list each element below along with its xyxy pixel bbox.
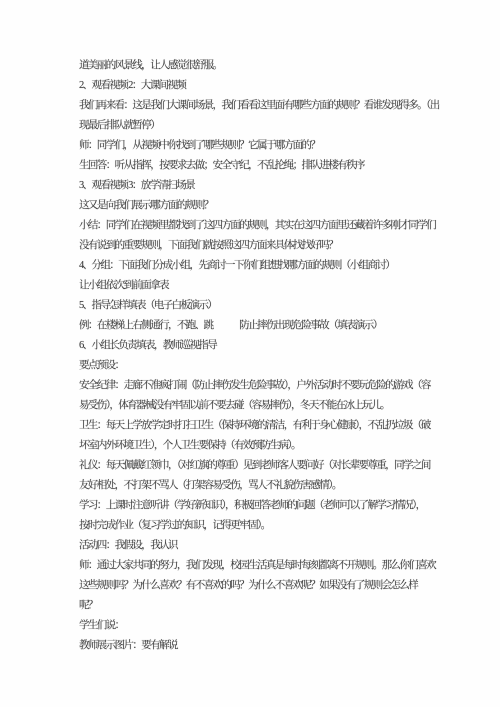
document-text-line-6: 生回答：听从指挥，按要求去做；安全守纪，不乱抡绳；排队进楼有秩序 bbox=[79, 156, 441, 176]
document-text-line-7: 3、观看视频 3：放学清扫场景 bbox=[79, 176, 441, 196]
document-text-line-29: 学生们说： bbox=[79, 616, 441, 636]
document-text-line-8: 这又是向我们展示哪方面的规则？ bbox=[79, 196, 441, 216]
document-text-line-17: 安全纪律：走廊不准疯打闹（防止摔伤发生危险事故），户外活动时不要玩危险的游戏（容 bbox=[79, 376, 441, 396]
document-text-line-10: 没有说到的重要规则，下面我们就按照这四方面来具体找找好吗？ bbox=[79, 236, 441, 256]
document-text-line-19: 卫生：每天上学放学定时打扫卫生（保持环境的清洁，有利于身心健康），不乱扔垃圾（破 bbox=[79, 416, 441, 436]
document-text-line-18: 易受伤），体育器械没有牢固以前不要去碰（容易摔伤），冬天不能在冰上玩儿。 bbox=[79, 396, 441, 416]
document-text-line-26: 师：通过大家共同的努力，我们发现，校园生活真是每时每刻都离不开规则。那么你们喜欢 bbox=[79, 556, 441, 576]
document-text-line-16: 要点预设： bbox=[79, 356, 441, 376]
document-text-line-20: 坏室内外环境卫生），个人卫生要保持（有效预防生病）。 bbox=[79, 436, 441, 456]
document-text-line-15: 6、小组长负责填表，教师巡视指导 bbox=[79, 336, 441, 356]
document-text-line-22: 友好相处，不打架不骂人（打架容易受伤，骂人不礼貌伤害感情）。 bbox=[79, 476, 441, 496]
document-text-line-9: 小结：同学们在视频里都找到了这四方面的规则，其实在这四方面里还藏着许多刚才同学们 bbox=[79, 216, 441, 236]
document-text-line-4: 现最后排队就暂停） bbox=[79, 116, 441, 136]
document-text-line-1: 道美丽的风景线，让人感觉很舒服。 bbox=[79, 56, 441, 76]
document-text-line-5: 师：同学们，从视频中你找到了哪些规则？它属于哪方面的？ bbox=[79, 136, 441, 156]
document-text-line-23: 学习：上课时注意听讲（学好新知识），积极回答老师的问题（老师可以了解学习情况）， bbox=[79, 496, 441, 516]
document-text-block: 道美丽的风景线，让人感觉很舒服。2、观看视频 2：大课间视频我们再来看：这是我们… bbox=[79, 56, 441, 656]
document-text-line-21: 礼仪：每天佩戴红领巾，（对红旗的尊重）见到老师客人要问好（对长辈要尊重，同学之间 bbox=[79, 456, 441, 476]
document-text-line-11: 4、分组：下面我们分成小组，先商讨一下你们组想找哪方面的规则（小组商讨） bbox=[79, 256, 441, 276]
document-text-line-2: 2、观看视频 2：大课间视频 bbox=[79, 76, 441, 96]
document-text-line-27: 这些规则吗？为什么喜欢？有不喜欢的吗？为什么不喜欢呢？如果没有了规则会怎么样 bbox=[79, 576, 441, 596]
document-text-line-13: 5、指导怎样填表（电子白板演示） bbox=[79, 296, 441, 316]
document-page: 道美丽的风景线，让人感觉很舒服。2、观看视频 2：大课间视频我们再来看：这是我们… bbox=[0, 0, 500, 707]
document-text-line-3: 我们再来看：这是我们大课间场景，我们看看这里面有哪些方面的规则？看谁发现得多。（… bbox=[79, 96, 441, 116]
document-text-line-28: 呢？ bbox=[79, 596, 441, 616]
document-text-line-25: 活动四：我假设，我认识 bbox=[79, 536, 441, 556]
document-text-line-24: 按时完成作业（复习学过的知识，记得更牢固）。 bbox=[79, 516, 441, 536]
document-text-line-30: 教师展示图片：要有解说 bbox=[79, 636, 441, 656]
document-text-line-12: 让小组依次到前面拿表 bbox=[79, 276, 441, 296]
document-text-line-14: 例：在楼梯上右侧通行，不跑、跳 防止摔伤出现危险事故（填表演示） bbox=[79, 316, 441, 336]
